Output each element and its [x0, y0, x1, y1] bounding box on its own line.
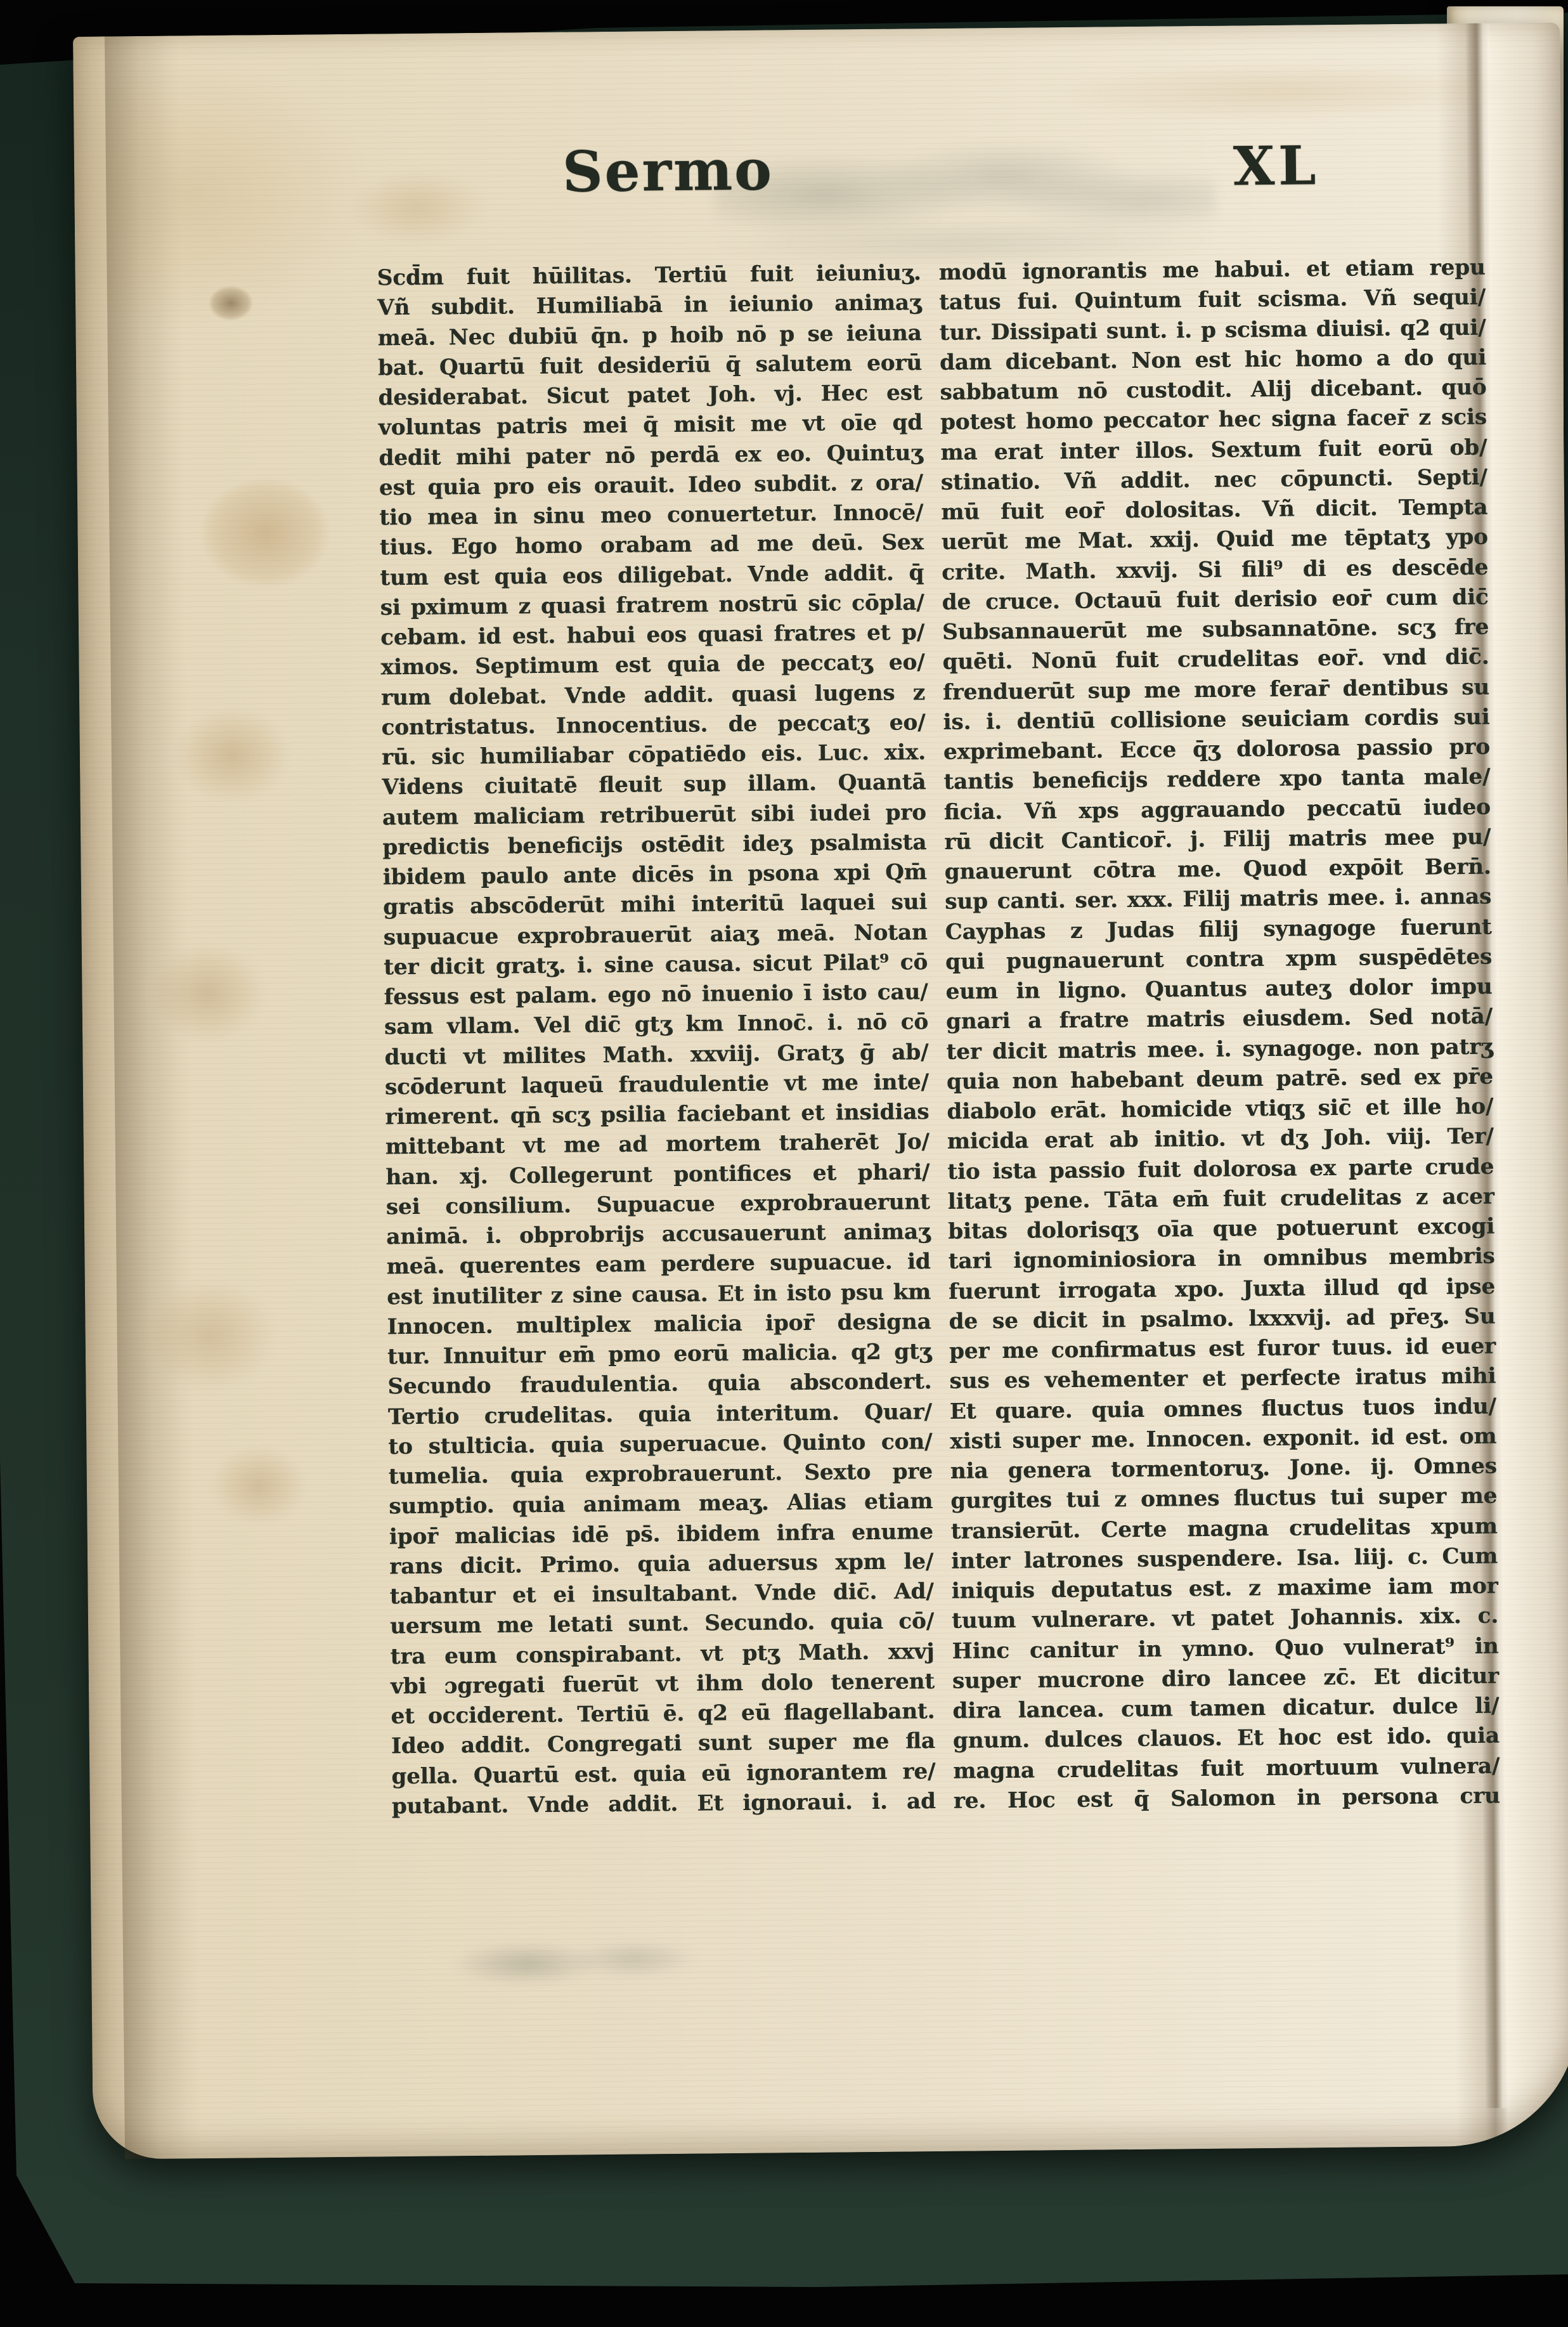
text-line: per me confirmatus est furor tuus. id eu… — [949, 1332, 1496, 1367]
text-line: fessus est palam. ego nō inuenio ī isto … — [384, 977, 928, 1012]
text-line: uerūt me Mat. xxij. Quid me tēptatʒ ypo — [941, 523, 1487, 558]
text-line: putabant. Vnde addit. Et ignoraui. i. ad — [392, 1787, 936, 1822]
text-line: est inutiliter z sine causa. Et in isto … — [387, 1277, 931, 1312]
text-line: uersum me letati sunt. Secundo. quia cō/ — [390, 1607, 934, 1641]
text-line: dedit mihi pater nō perdā ex eo. Quintuʒ — [379, 438, 923, 473]
text-line: animā. i. obprobrijs accusauerunt animaʒ — [386, 1217, 930, 1252]
text-line: predictis beneficijs ostēdit ideʒ psalmi… — [382, 828, 926, 863]
text-line: Secundo fraudulentia. quia abscondert. — [387, 1367, 931, 1402]
text-line: tra eum conspirabant. vt ptʒ Math. xxvj — [390, 1637, 934, 1672]
text-line: gratis abscōderūt mihi interitū laquei s… — [383, 887, 927, 922]
text-line: Cayphas z Judas filij synagoge fuerunt — [945, 912, 1491, 948]
text-line: is. i. dentiū collisione seuiciam cordis… — [943, 702, 1489, 738]
text-line: tur. Dissipati sunt. i. p scisma diuisi.… — [939, 313, 1486, 348]
text-line: de cruce. Octauū fuit derisio eor̄ cum d… — [942, 582, 1488, 618]
text-line: tabantur et ei insultabant. Vnde dic̄. A… — [389, 1577, 933, 1612]
text-line: potest homo peccator hec signa facer̄ z … — [940, 403, 1487, 438]
text-line: Scd̄m fuit hūilitas. Tertiū fuit ieiuniu… — [377, 258, 921, 293]
text-line: Hinc canitur in ymno. Quo vulnerat⁹ in — [952, 1631, 1498, 1667]
text-line: Subsannauerūt me subsannatōne. scʒ fre — [942, 613, 1489, 648]
text-line: ter dicit matris mee. i. synagoge. non p… — [946, 1032, 1493, 1067]
text-line: quēti. Nonū fuit crudelitas eor̄. vnd di… — [942, 642, 1489, 678]
text-line: Tertio crudelitas. quia interitum. Quar/ — [388, 1397, 932, 1432]
text-line: tio mea in sinu meo conuertetur. Innocē/ — [379, 498, 923, 533]
text-line: Innocen. multiplex malicia ipor̄ designa — [387, 1307, 931, 1342]
text-line: transierūt. Certe magna crudelitas xpum — [950, 1511, 1497, 1547]
stain-spot — [347, 169, 487, 247]
text-line: ma erat inter illos. Sextum fuit eorū ob… — [940, 433, 1487, 468]
text-line: litatʒ pene. Tāta em̄ fuit crudelitas z … — [947, 1182, 1494, 1217]
text-line: mittebant vt me ad mortem traherēt Jo/ — [386, 1127, 930, 1162]
text-line: Vñ subdit. Humiliabā in ieiunio animaʒ — [377, 288, 921, 323]
text-line: mū fuit eor̄ dolositas. Vñ dicit. Tempta — [941, 493, 1487, 528]
text-line: gnauerunt cōtra me. Quod expōit Bern̄. — [944, 852, 1491, 888]
scan-canvas: Sermo XL Scd̄m fuit hūilitas. Tertiū fui… — [0, 0, 1568, 2327]
text-line: tius. Ego homo orabam ad me deū. Sex — [380, 528, 924, 563]
text-line: gurgites tui z omnes fluctus tui super m… — [950, 1482, 1497, 1517]
text-line: nia genera tormentoruʒ. Jone. ij. Omnes — [950, 1452, 1497, 1487]
text-line: bat. Quartū fuit desideriū q̄ salutem eo… — [378, 348, 922, 383]
text-line: dira lancea. cum tamen dicatur. dulce li… — [952, 1691, 1499, 1727]
stain-spot — [202, 478, 330, 587]
text-line: Videns ciuitatē fleuit sup illam. Quantā — [382, 767, 926, 802]
folio-number: XL — [1233, 133, 1399, 197]
text-line: sus es vehementer et perfecte iratus mih… — [949, 1362, 1496, 1397]
text-line: micida erat ab initio. vt dʒ Joh. viij. … — [947, 1122, 1494, 1157]
text-line: re. Hoc est q̄ Salomon in persona cru — [954, 1781, 1500, 1816]
text-line: bitas dolorisqʒ oīa que potuerunt excogi — [948, 1212, 1494, 1248]
text-line: rans dicit. Primo. quia aduersus xpm le/ — [389, 1547, 933, 1582]
text-line: crite. Math. xxvij. Si fili⁹ di es descē… — [942, 552, 1488, 588]
stain-spot — [209, 285, 254, 321]
text-line: stinatio. Vñ addit. nec cōpuncti. Septi/ — [941, 462, 1487, 498]
text-line: Ideo addit. Congregati sunt super me fla — [391, 1726, 935, 1761]
text-line: si pximum z quasi fratrem nostrū sic cōp… — [380, 588, 924, 623]
text-line: Et quare. quia omnes fluctus tuos indu/ — [950, 1392, 1496, 1427]
text-line: fuerunt irrogata xpo. Juxta illud qd ips… — [949, 1272, 1495, 1307]
text-line: tuum vulnerare. vt patet Johannis. xix. … — [952, 1601, 1498, 1637]
text-line: sam vllam. Vel dic̄ gtʒ km Innoc̄. i. nō… — [384, 1007, 928, 1042]
text-line: quia non habebant deum patrē. sed ex pr̄… — [947, 1062, 1493, 1097]
text-line: diabolo erāt. homicide vtiqʒ sic̄ et ill… — [947, 1092, 1493, 1128]
text-line: meā. Nec dubiū q̄n. p hoib nō p se ieiun… — [377, 318, 921, 353]
text-line: super mucrone diro lancee zc̄. Et dicitu… — [952, 1661, 1499, 1697]
text-line: tio ista passio fuit dolorosa ex parte c… — [947, 1152, 1494, 1187]
text-line: vbi ɔgregati fuerūt vt ihm dolo tenerent — [391, 1667, 935, 1702]
text-line: ibidem paulo ante dicēs in psona xpi Qm̄ — [383, 857, 927, 892]
text-line: voluntas patris mei q̄ misit me vt oīe q… — [379, 408, 923, 443]
stain-spot — [174, 707, 289, 804]
text-line: eum in ligno. Quantus auteʒ dolor impu — [945, 972, 1492, 1008]
text-line: tur. Innuitur em̄ pmo eorū malicia. q2 g… — [387, 1337, 931, 1372]
text-line: ficia. Vñ xps aggrauando peccatū iudeo — [944, 792, 1491, 828]
text-line: to stulticia. quia superuacue. Quinto co… — [388, 1427, 932, 1462]
text-line: inter latrones suspendere. Isa. liij. c.… — [951, 1541, 1498, 1577]
text-line: iniquis deputatus est. z maxime iam mor — [951, 1572, 1498, 1607]
text-line: gella. Quartū est. quia eū ignorantem re… — [391, 1757, 935, 1792]
text-line: gnari a fratre matris eiusdem. Sed notā/ — [946, 1002, 1493, 1038]
text-line: han. xj. Collegerunt pontifices et phari… — [386, 1157, 930, 1192]
ink-smudge — [446, 1927, 713, 1999]
stain-spot — [211, 1446, 306, 1526]
text-line: rū dicit Canticor̄. j. Filij matris mee … — [944, 822, 1491, 857]
text-line: gnum. dulces clauos. Et hoc est ido. qui… — [953, 1721, 1500, 1757]
text-line: ipor̄ malicias idē ps̄. ibidem infra enu… — [389, 1517, 933, 1552]
text-line: dam dicebant. Non est hic homo a do qui — [940, 342, 1486, 378]
text-line: sei consilium. Supuacue exprobrauerunt — [386, 1187, 930, 1222]
text-line: tum est quia eos diligebat. Vnde addit. … — [380, 558, 924, 593]
text-line: scōderunt laqueū fraudulentie vt me inte… — [385, 1067, 929, 1102]
book-page: Sermo XL Scd̄m fuit hūilitas. Tertiū fui… — [73, 22, 1568, 2159]
text-column-left: Scd̄m fuit hūilitas. Tertiū fuit ieiuniu… — [377, 258, 936, 1822]
text-line: desiderabat. Sicut patet Joh. vj. Hec es… — [378, 378, 922, 413]
text-line: et occiderent. Tertiū ē. q2 eū flagellab… — [391, 1697, 935, 1731]
text-line: tantis beneficijs reddere xpo tanta male… — [943, 762, 1490, 798]
text-line: modū ignorantis me habui. et etiam repu — [938, 253, 1485, 289]
text-line: ducti vt milites Math. xxviij. Gratʒ ḡ a… — [384, 1038, 928, 1072]
running-title: Sermo — [562, 136, 829, 205]
text-line: autem maliciam retribuerūt sibi iudei pr… — [382, 798, 926, 833]
text-line: ter dicit gratʒ. i. sine causa. sicut Pi… — [384, 948, 928, 982]
text-line: sabbatum nō custodit. Alij dicebant. quō — [940, 373, 1486, 408]
text-line: magna crudelitas fuit mortuum vulnera/ — [953, 1751, 1500, 1787]
text-line: tumelia. quia exprobrauerunt. Sexto pre — [389, 1457, 933, 1492]
text-line: rimerent. qn̄ scʒ psilia faciebant et in… — [385, 1097, 929, 1132]
text-line: xisti super me. Innocen. exponit. id est… — [950, 1421, 1496, 1457]
text-line: tari ignominiosiora in omnibus membris — [948, 1242, 1494, 1277]
text-line: de se dicit in psalmo. lxxxvij. ad pr̄eʒ… — [949, 1301, 1495, 1337]
text-line: rum dolebat. Vnde addit. quasi lugens z — [381, 678, 925, 713]
text-line: exprimebant. Ecce q̄ʒ dolorosa passio pr… — [943, 733, 1490, 768]
text-line: est quia pro eis orauit. Ideo subdit. z … — [379, 468, 923, 503]
text-line: qui pugnauerunt contra xpm suspēdētes — [945, 942, 1492, 977]
text-line: rū. sic humiliabar cōpatiēdo eis. Luc. x… — [382, 738, 926, 772]
text-line: tatus fui. Quintum fuit scisma. Vñ sequi… — [939, 283, 1486, 318]
text-line: ximos. Septimum est quia de peccatʒ eo/ — [380, 648, 924, 682]
text-line: cebam. id est. habui eos quasi fratres e… — [380, 618, 924, 653]
text-column-right: modū ignorantis me habui. et etiam reput… — [938, 253, 1500, 1816]
text-line: contristatus. Innocentius. de peccatʒ eo… — [381, 708, 925, 743]
text-line: frenduerūt sup me more ferar̄ dentibus s… — [943, 672, 1489, 708]
text-line: sumptio. quia animam meaʒ. Alias etiam — [389, 1487, 933, 1522]
text-line: meā. querentes eam perdere supuacue. id — [386, 1247, 930, 1282]
text-line: sup canti. ser. xxx. Filij matris mee. i… — [945, 882, 1491, 918]
text-line: supuacue exprobrauerūt aiaʒ meā. Notan — [383, 918, 927, 953]
